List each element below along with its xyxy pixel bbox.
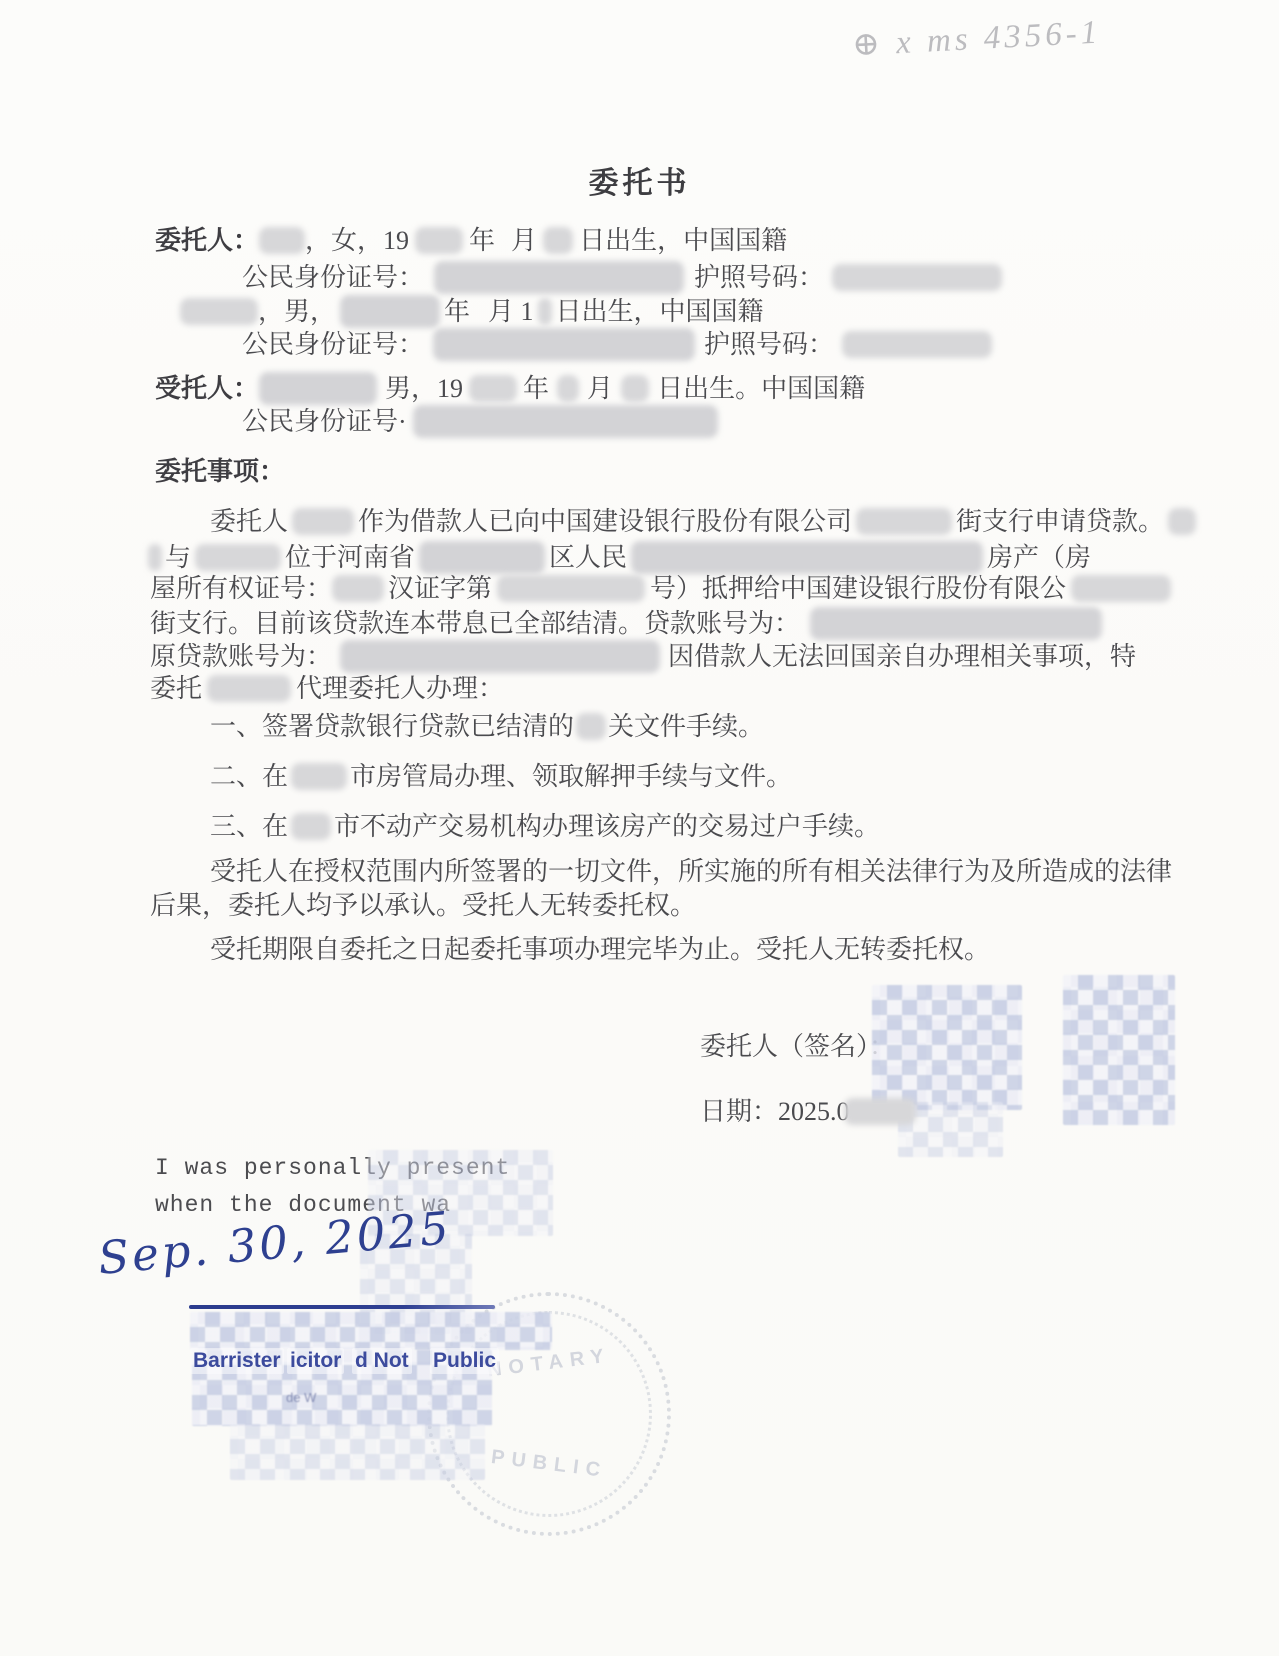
redaction-year	[469, 375, 517, 402]
redaction-name	[292, 508, 354, 535]
redaction-year	[340, 295, 440, 328]
redaction-fragment	[1071, 575, 1171, 602]
redaction-old-loan-account	[340, 640, 660, 673]
text-run: 代理委托人办理：	[296, 674, 504, 703]
id-label: 公民身份证号·	[242, 407, 407, 436]
text-run: 位于河南省	[285, 543, 415, 572]
redaction-day	[543, 227, 573, 254]
redaction-fragment	[1168, 508, 1196, 535]
redaction-passport-number	[842, 331, 992, 358]
matters-paragraph-line-1: 委托人作为借款人已向中国建设银行股份有限公司街支行申请贷款。	[210, 507, 1196, 537]
text-run: 年	[469, 226, 495, 255]
redaction-id-number	[434, 261, 684, 294]
signature-label-line: 委托人（签名）：	[700, 1032, 895, 1062]
stamp-small-text: de W	[286, 1390, 316, 1405]
document-title: 委托书	[0, 158, 1279, 202]
redaction-char	[576, 713, 606, 740]
matters-item-3: 三、在市不动产交易机构办理该房产的交易过户手续。	[210, 812, 880, 842]
text-run: 年	[523, 374, 549, 403]
pixelated-stamp	[190, 1312, 552, 1350]
id-label: 公民身份证号：	[242, 263, 424, 292]
principal-id-line-2: 公民身份证号：护照号码：	[242, 328, 992, 361]
closing-paragraph-line-3: 受托期限自委托之日起委托事项办理完毕为止。受托人无转委托权。	[210, 935, 990, 965]
matters-item-1: 一、签署贷款银行贷款已结清的关文件手续。	[210, 712, 764, 742]
text-run: 委托	[150, 674, 202, 703]
redaction-name	[180, 298, 258, 325]
text-run: 月 1	[488, 297, 534, 326]
redaction-id-number	[413, 405, 718, 438]
matters-item-2: 二、在市房管局办理、领取解押手续与文件。	[210, 762, 792, 792]
principal-line-2: ，男，年月 1日出生，中国国籍	[180, 295, 764, 328]
text-run: 男，19	[385, 374, 463, 403]
id-label: 公民身份证号：	[242, 330, 424, 359]
text-run: 三、在	[210, 812, 288, 841]
text-run: 原贷款账号为：	[150, 642, 332, 671]
matters-paragraph-line-6: 委托代理委托人办理：	[150, 674, 504, 704]
text-run: 年	[444, 297, 470, 326]
text-run: 街支行。目前该贷款连本带息已全部结清。贷款账号为：	[150, 609, 800, 638]
pencil-annotation: ⊕ x ms 4356-1	[851, 12, 1102, 65]
stamp-word-notary-fragment: d Not	[352, 1348, 412, 1374]
text-run: 日出生。中国国籍	[657, 374, 865, 403]
passport-label: 护照号码：	[704, 330, 834, 359]
notary-signature-line	[189, 1305, 495, 1309]
pixelated-stamp	[230, 1424, 485, 1480]
redaction-branch	[856, 508, 952, 535]
text-run: 后果，委托人均予以承认。受托人无转委托权。	[150, 891, 696, 920]
redaction-month	[557, 375, 579, 402]
closing-paragraph-line-1: 受托人在授权范围内所签署的一切文件，所实施的所有相关法律行为及所造成的法律	[210, 857, 1172, 887]
redaction-cert-prefix	[332, 575, 384, 602]
text-run: 月	[511, 226, 537, 255]
pixelated-signature	[1063, 975, 1175, 1125]
principal-label: 委托人：	[155, 226, 259, 255]
redaction-day	[621, 375, 649, 402]
date-label: 日期：2025.0	[700, 1097, 850, 1126]
stamp-word-barrister: Barrister	[190, 1348, 284, 1374]
scanned-document-page: ⊕ x ms 4356-1 委托书 委托人：，女，19年月日出生，中国国籍 公民…	[0, 0, 1279, 1656]
text-run: 日出生，中国国籍	[579, 226, 787, 255]
text-run: 二、在	[210, 762, 288, 791]
redaction-district	[419, 541, 545, 574]
matters-paragraph-line-2: 与位于河南省区人民房产（房	[148, 541, 1091, 574]
text-run: 号）抵押给中国建设银行股份有限公	[650, 574, 1066, 603]
text-run: 房产（房	[987, 543, 1091, 572]
redaction-name	[207, 675, 291, 702]
trustee-label: 受托人：	[155, 374, 259, 403]
pixelated-signature	[872, 985, 1022, 1110]
redaction-address	[631, 541, 983, 574]
text-run: 汉证字第	[388, 574, 492, 603]
matters-paragraph-line-3: 屋所有权证号：汉证字第号）抵押给中国建设银行股份有限公	[150, 574, 1171, 604]
text-run: 一、签署贷款银行贷款已结清的	[210, 712, 574, 741]
redaction-city	[291, 763, 347, 790]
principal-line-1: 委托人：，女，19年月日出生，中国国籍	[155, 226, 787, 256]
matters-heading: 委托事项：	[155, 457, 285, 487]
stamp-word-public: Public	[430, 1348, 499, 1374]
redaction-city	[291, 813, 331, 840]
text-run: 受托人在授权范围内所签署的一切文件，所实施的所有相关法律行为及所造成的法律	[210, 857, 1172, 886]
trustee-id-line: 公民身份证号·	[242, 405, 718, 438]
redaction-fragment	[148, 544, 162, 571]
redaction-name	[259, 227, 305, 254]
redaction-cert-number	[497, 575, 645, 602]
text-run: 与	[165, 543, 191, 572]
text-run: 委托人	[210, 507, 288, 536]
text-run: ，女，19	[305, 226, 409, 255]
trustee-line: 受托人：男，19年月日出生。中国国籍	[155, 372, 865, 405]
sign-label: 委托人（签名）：	[700, 1032, 895, 1061]
text-run: 日出生，中国国籍	[556, 297, 764, 326]
text-run: 月	[587, 374, 613, 403]
redaction-date	[844, 1098, 916, 1125]
heading-text: 委托事项：	[155, 457, 285, 486]
stamp-word-solicitor-fragment: icitor	[287, 1348, 344, 1374]
text-run: 屋所有权证号：	[150, 574, 332, 603]
text-run: 市不动产交易机构办理该房产的交易过户手续。	[334, 812, 880, 841]
text-run: 作为借款人已向中国建设银行股份有限公司	[358, 507, 852, 536]
redaction-name	[259, 372, 377, 405]
redaction-day	[538, 298, 552, 325]
redaction-id-number	[433, 328, 695, 361]
date-line: 日期：2025.0	[700, 1097, 916, 1127]
text-run: 关文件手续。	[608, 712, 764, 741]
redaction-loan-account	[810, 607, 1102, 640]
text-run: 受托期限自委托之日起委托事项办理完毕为止。受托人无转委托权。	[210, 935, 990, 964]
redaction-name	[195, 544, 281, 571]
text-run: 街支行申请贷款。	[956, 507, 1164, 536]
principal-id-line-1: 公民身份证号：护照号码：	[242, 261, 1002, 294]
text-run: ，男，	[258, 297, 336, 326]
redaction-passport-number	[832, 264, 1002, 291]
text-run: 因借款人无法回国亲自办理相关事项，特	[668, 642, 1136, 671]
passport-label: 护照号码：	[694, 263, 824, 292]
redaction-year	[415, 227, 463, 254]
text-run: 市房管局办理、领取解押手续与文件。	[350, 762, 792, 791]
text-run: 区人民	[549, 543, 627, 572]
closing-paragraph-line-2: 后果，委托人均予以承认。受托人无转委托权。	[150, 891, 696, 921]
matters-paragraph-line-4: 街支行。目前该贷款连本带息已全部结清。贷款账号为：	[150, 607, 1102, 640]
matters-paragraph-line-5: 原贷款账号为：因借款人无法回国亲自办理相关事项，特	[150, 640, 1136, 673]
